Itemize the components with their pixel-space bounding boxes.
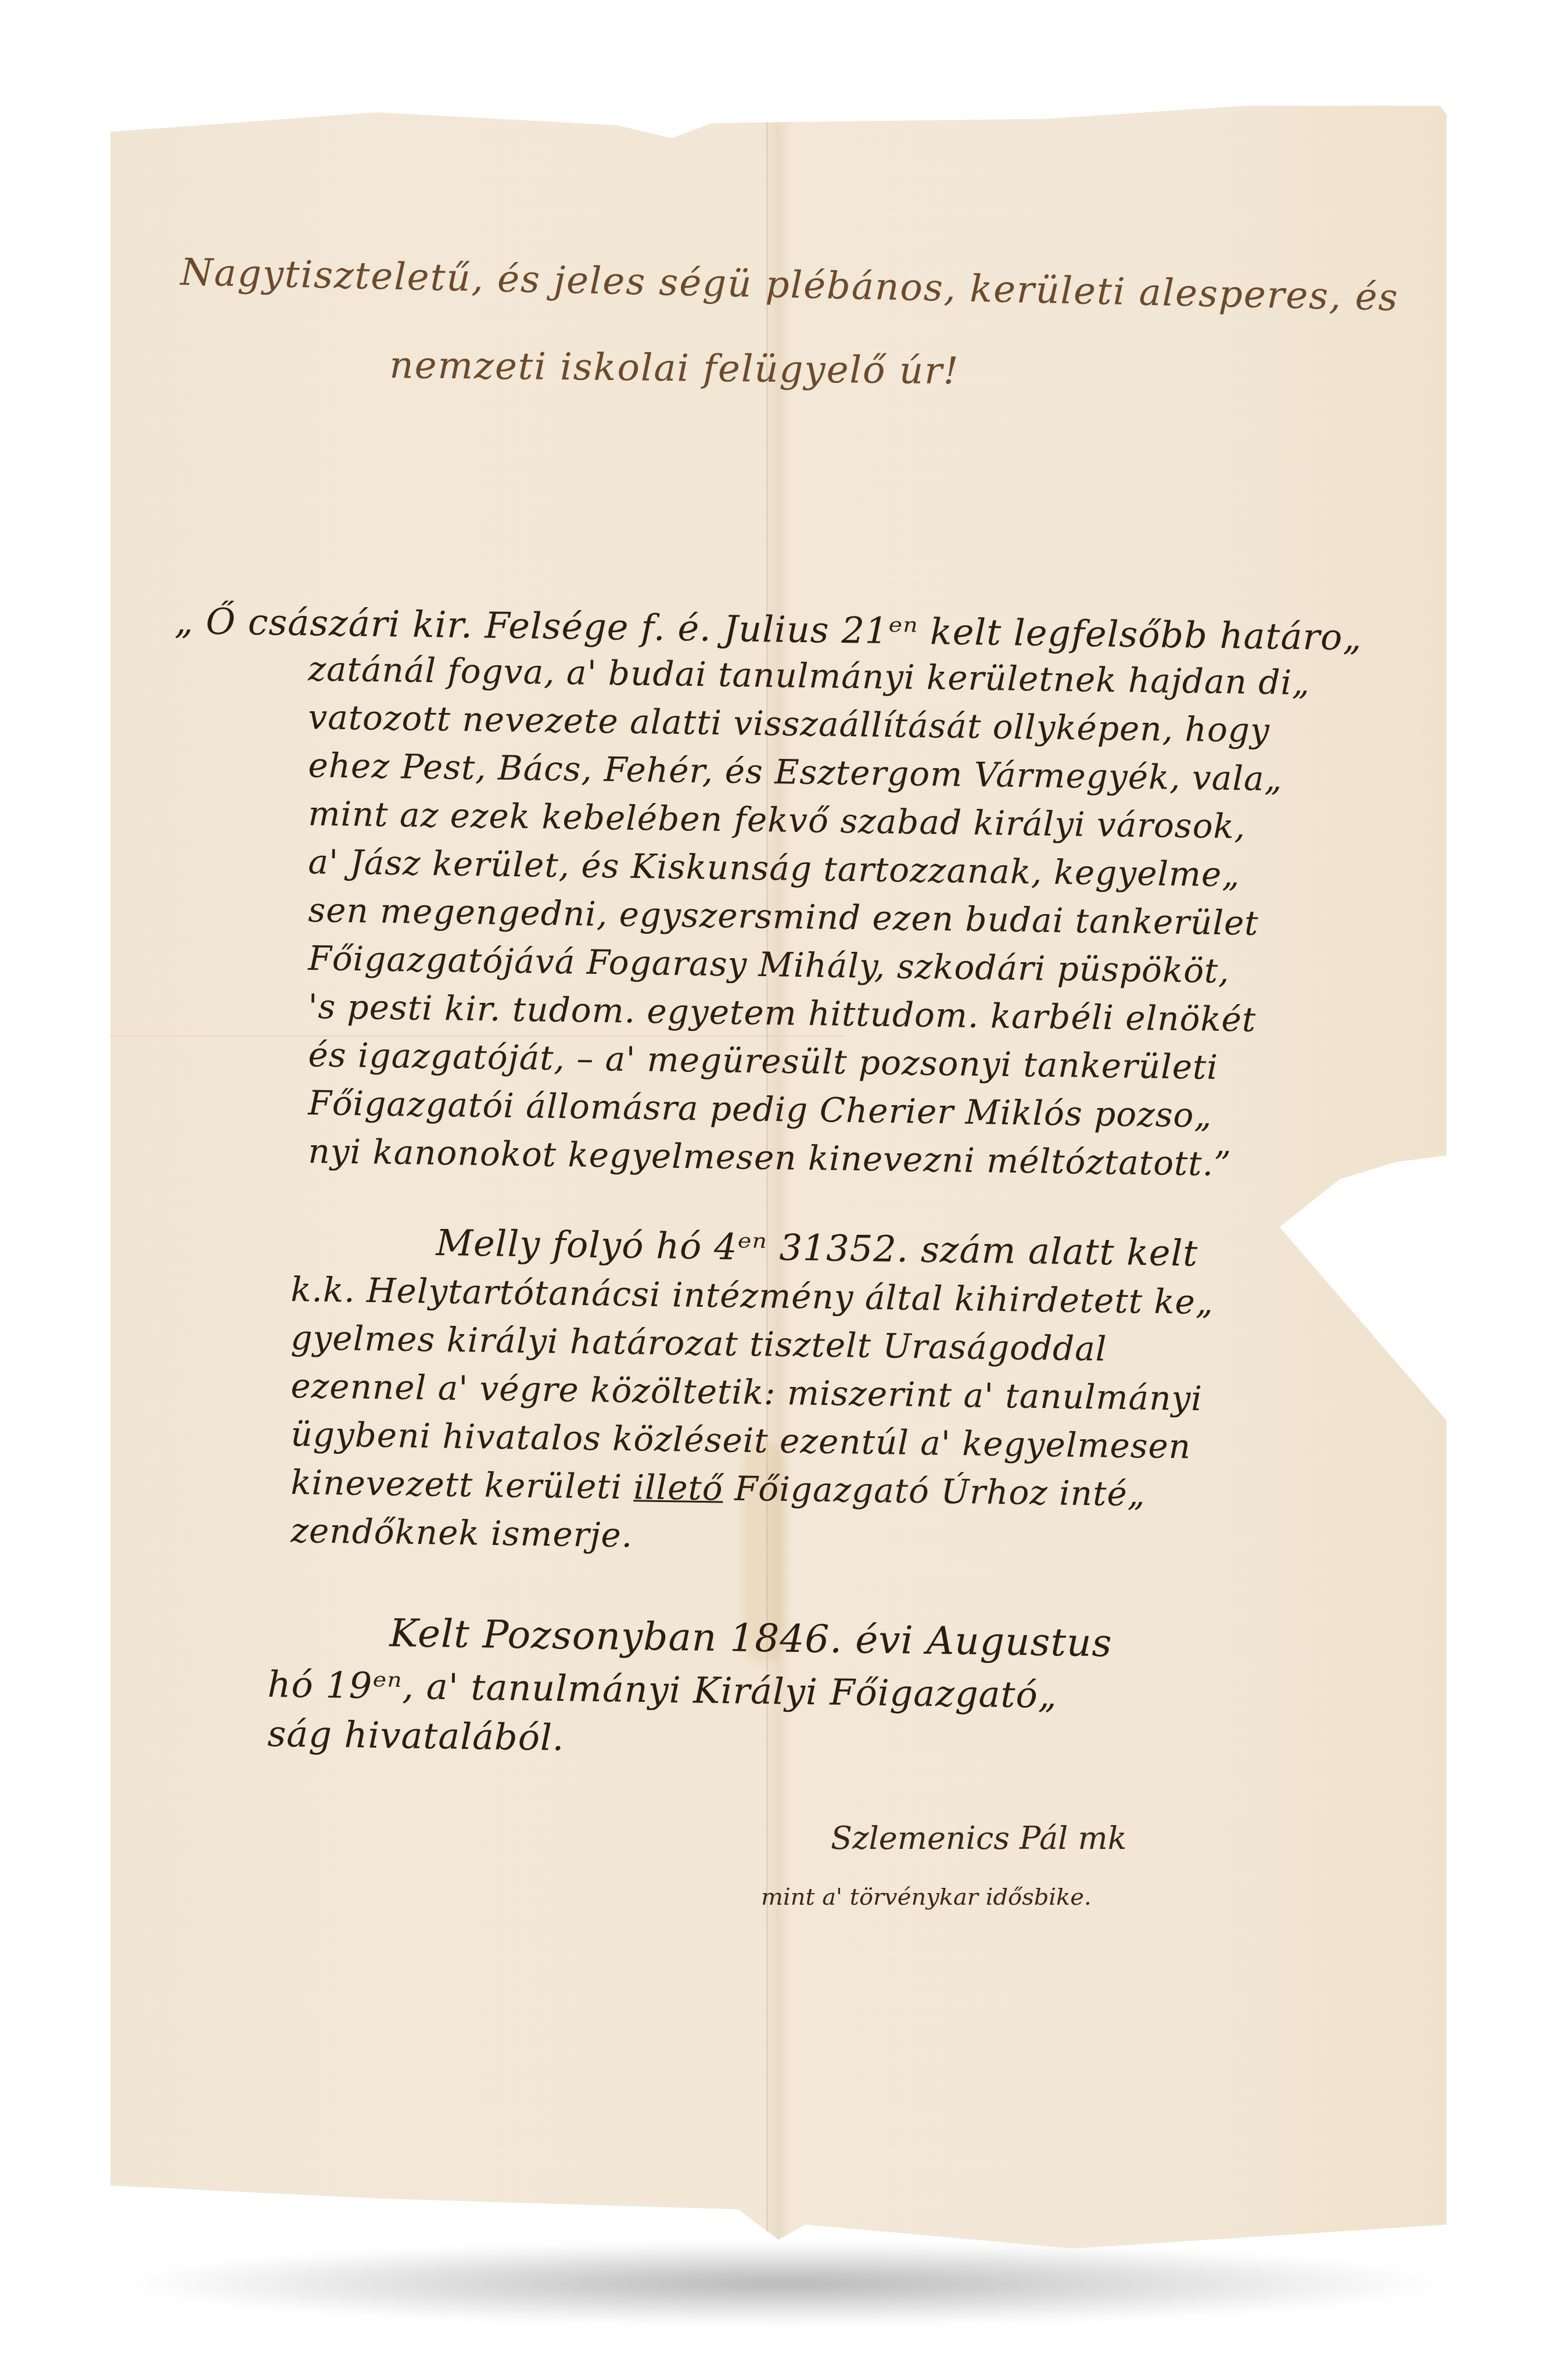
signature-title: mint a' törvénykar idősbike. xyxy=(761,1884,1092,1911)
dateline-line: Kelt Pozsonyban 1846. évi Augustus xyxy=(389,1611,1112,1665)
body-line: Melly folyó hó 4ᵉⁿ 31352. szám alatt kel… xyxy=(436,1221,1198,1274)
salutation-line-2: nemzeti iskolai felügyelő úr! xyxy=(389,344,960,393)
letter-paper: Nagytiszteletű, és jeles ségü plébános, … xyxy=(110,106,1447,2279)
body-line: zendőknek ismerje. xyxy=(290,1511,633,1555)
body-line: ehez Pest, Bács, Fehér, és Esztergom Vár… xyxy=(308,745,1283,798)
dateline-line: hó 19ᵉⁿ, a' tanulmányi Királyi Főigazgat… xyxy=(267,1663,1057,1716)
body-line: a' Jász kerület, és Kiskunság tartozzana… xyxy=(308,842,1240,894)
body-line: sen megengedni, egyszersmind ezen budai … xyxy=(308,890,1259,943)
signature-name: Szlemenics Pál mk xyxy=(831,1820,1126,1856)
body-line: ezennel a' végre közöltetik: miszerint a… xyxy=(290,1366,1203,1418)
body-line: ügybeni hivatalos közléseit ezentúl a' k… xyxy=(290,1414,1191,1467)
body-line: és igazgatóját, – a' megüresült pozsonyi… xyxy=(308,1035,1218,1087)
body-line: Főigazgatói állomásra pedig Cherier Mikl… xyxy=(308,1083,1212,1135)
underlined-word: illető xyxy=(633,1467,723,1508)
margin-note: N. Kátai. xyxy=(145,2198,238,2221)
body-line: k.k. Helytartótanácsi intézmény által ki… xyxy=(290,1270,1214,1322)
dateline-line: ság hivatalából. xyxy=(267,1712,565,1759)
salutation-line-1: Nagytiszteletű, és jeles ségü plébános, … xyxy=(180,251,1399,320)
body-line: 's pesti kir. tudom. egyetem hittudom. k… xyxy=(308,987,1257,1040)
body-line: Főigazgatójává Fogarasy Mihály, szkodári… xyxy=(308,938,1230,991)
body-line: kinevezett kerületi illető Főigazgató Úr… xyxy=(290,1463,1146,1514)
vertical-fold-line xyxy=(766,106,768,2279)
body-line: zatánál fogva, a' budai tanulmányi kerül… xyxy=(308,649,1311,702)
body-line: vatozott nevezete alatti visszaállítását… xyxy=(308,697,1270,750)
body-line: mint az ezek kebelében fekvő szabad kirá… xyxy=(308,794,1246,847)
body-line: gyelmes királyi határozat tisztelt Urasá… xyxy=(290,1318,1107,1369)
paper-shadow xyxy=(134,2243,1435,2324)
body-line: nyi kanonokot kegyelmesen kinevezni mélt… xyxy=(308,1131,1232,1184)
horizontal-fold-line xyxy=(110,1035,845,1037)
